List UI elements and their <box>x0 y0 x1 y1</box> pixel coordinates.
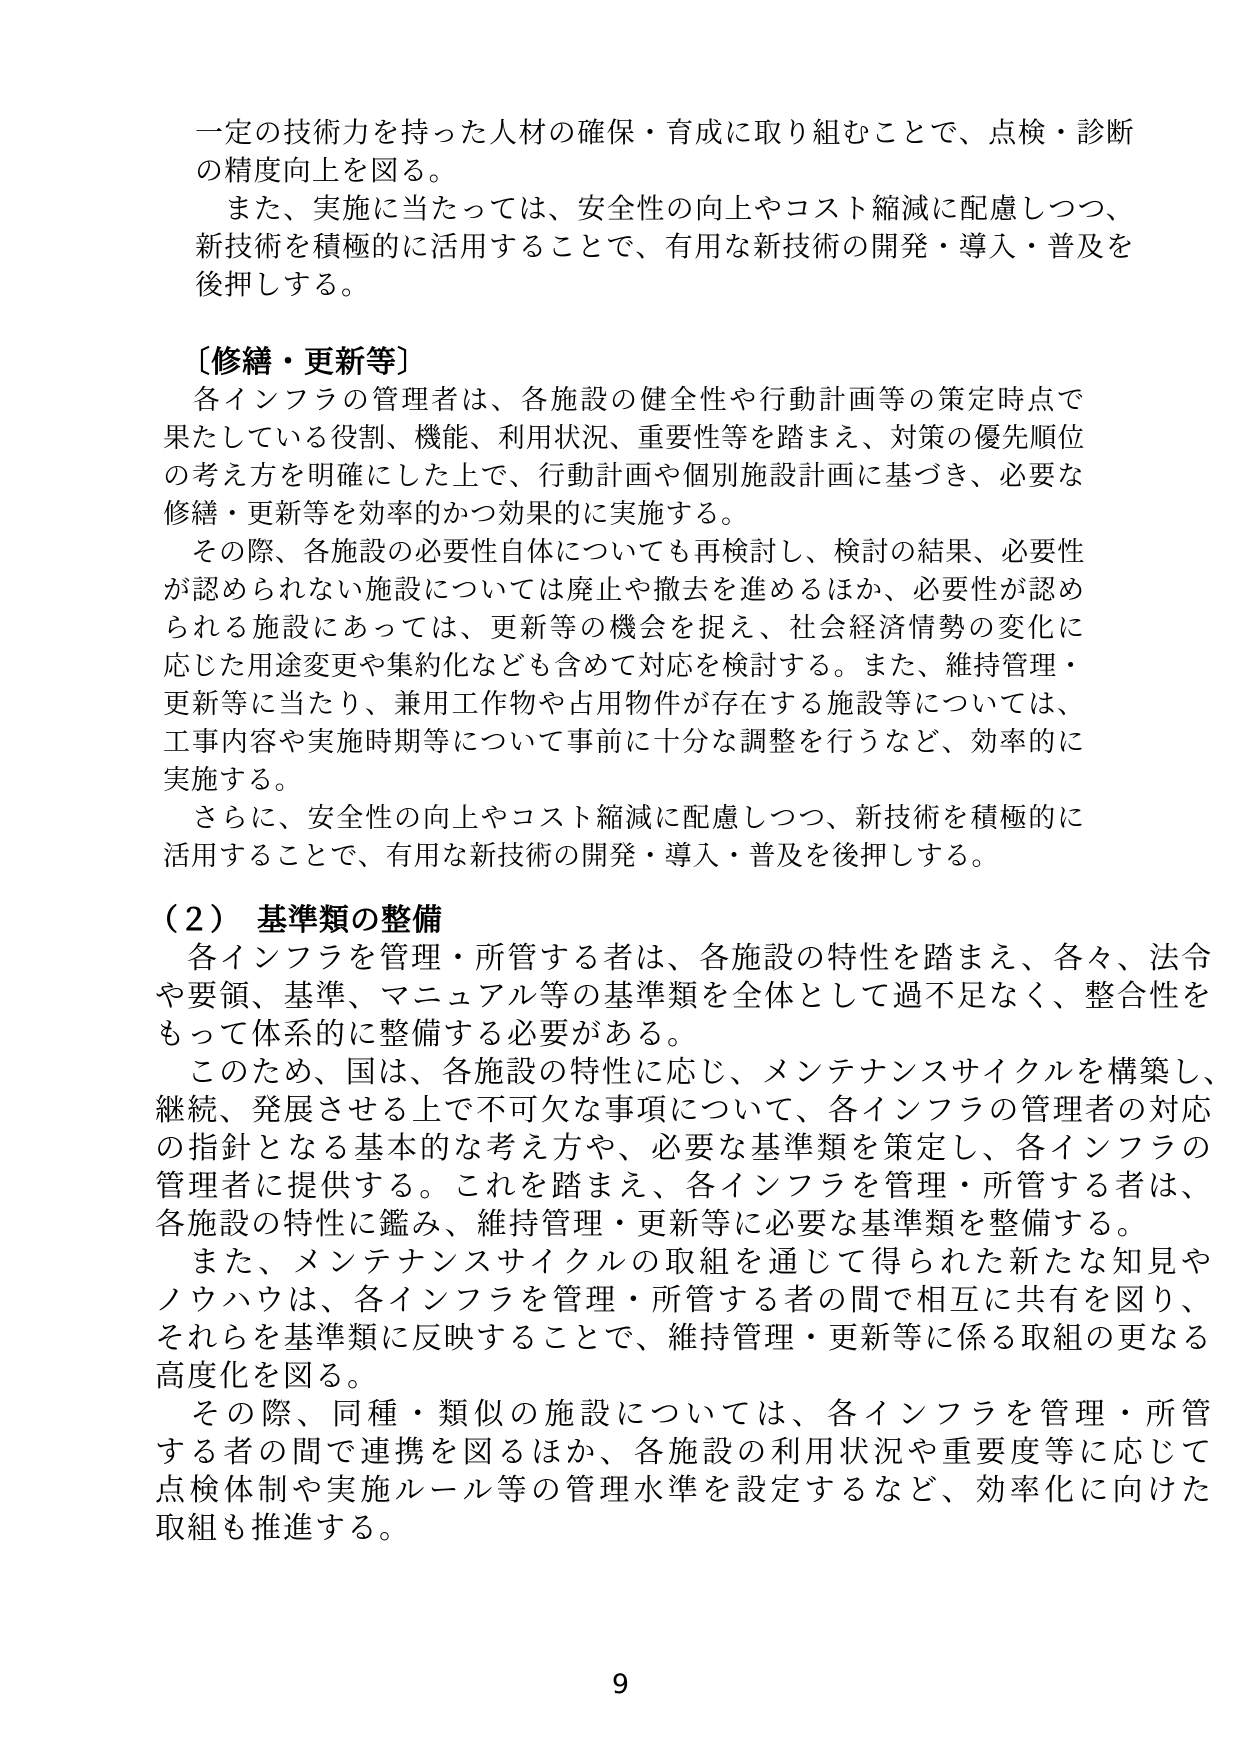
text-line: その際、同種・類似の施設については、各インフラを管理・所管 <box>155 1396 1213 1434</box>
text-line: の指針となる基本的な考え方や、必要な基準類を策定し、各インフラの <box>155 1130 1213 1168</box>
text-line: もって体系的に整備する必要がある。 <box>155 1016 1213 1054</box>
text-line: 後押しする。 <box>195 266 1135 304</box>
text-line: 各インフラを管理・所管する者は、各施設の特性を踏まえ、各々、法令 <box>155 940 1213 978</box>
text-line: 修繕・更新等を効率的かつ効果的に実施する。 <box>163 496 1085 534</box>
text-line: さらに、安全性の向上やコスト縮減に配慮しつつ、新技術を積極的に <box>163 800 1085 838</box>
text-line: 更新等に当たり、兼用工作物や占用物件が存在する施設等については、 <box>163 686 1085 724</box>
text-line: 果たしている役割、機能、利用状況、重要性等を踏まえ、対策の優先順位 <box>163 420 1085 458</box>
repair-paragraph-block: 各インフラの管理者は、各施設の健全性や行動計画等の策定時点で果たしている役割、機… <box>163 382 1085 876</box>
text-line: ノウハウは、各インフラを管理・所管する者の間で相互に共有を図り、 <box>155 1282 1213 1320</box>
text-line: する者の間で連携を図るほか、各施設の利用状況や重要度等に応じて <box>155 1434 1213 1472</box>
text-line: 実施する。 <box>163 762 1085 800</box>
text-line: 各インフラの管理者は、各施設の健全性や行動計画等の策定時点で <box>163 382 1085 420</box>
text-line: その際、各施設の必要性自体についても再検討し、検討の結果、必要性 <box>163 534 1085 572</box>
text-line: このため、国は、各施設の特性に応じ、メンテナンスサイクルを構築し、 <box>155 1054 1213 1092</box>
text-line: 各施設の特性に鑑み、維持管理・更新等に必要な基準類を整備する。 <box>155 1206 1213 1244</box>
section-heading-repair: 〔修繕・更新等〕 <box>180 344 1241 382</box>
document-page: 一定の技術力を持った人材の確保・育成に取り組むことで、点検・診断の精度向上を図る… <box>0 0 1241 1755</box>
text-line: また、メンテナンスサイクルの取組を通じて得られた新たな知見や <box>155 1244 1213 1282</box>
text-line: 工事内容や実施時期等について事前に十分な調整を行うなど、効率的に <box>163 724 1085 762</box>
standards-paragraph-block: 各インフラを管理・所管する者は、各施設の特性を踏まえ、各々、法令や要領、基準、マ… <box>155 940 1213 1548</box>
text-line: 応じた用途変更や集約化なども含めて対応を検討する。また、維持管理・ <box>163 648 1085 686</box>
text-line: それらを基準類に反映することで、維持管理・更新等に係る取組の更なる <box>155 1320 1213 1358</box>
text-line: の精度向上を図る。 <box>195 152 1135 190</box>
text-line: 取組も推進する。 <box>155 1510 1213 1548</box>
text-line: 高度化を図る。 <box>155 1358 1213 1396</box>
text-line: 新技術を積極的に活用することで、有用な新技術の開発・導入・普及を <box>195 228 1135 266</box>
intro-paragraph-block: 一定の技術力を持った人材の確保・育成に取り組むことで、点検・診断の精度向上を図る… <box>195 114 1135 304</box>
text-line: 点検体制や実施ルール等の管理水準を設定するなど、効率化に向けた <box>155 1472 1213 1510</box>
text-line: 一定の技術力を持った人材の確保・育成に取り組むことで、点検・診断 <box>195 114 1135 152</box>
text-line: や要領、基準、マニュアル等の基準類を全体として過不足なく、整合性を <box>155 978 1213 1016</box>
text-line: また、実施に当たっては、安全性の向上やコスト縮減に配慮しつつ、 <box>195 190 1135 228</box>
text-line: 活用することで、有用な新技術の開発・導入・普及を後押しする。 <box>163 838 1085 876</box>
section-heading-standards: （２） 基準類の整備 <box>148 902 1241 940</box>
text-line: 継続、発展させる上で不可欠な事項について、各インフラの管理者の対応 <box>155 1092 1213 1130</box>
page-number: 9 <box>0 1666 1241 1704</box>
text-line: が認められない施設については廃止や撤去を進めるほか、必要性が認め <box>163 572 1085 610</box>
text-line: の考え方を明確にした上で、行動計画や個別施設計画に基づき、必要な <box>163 458 1085 496</box>
text-line: られる施設にあっては、更新等の機会を捉え、社会経済情勢の変化に <box>163 610 1085 648</box>
text-line: 管理者に提供する。これを踏まえ、各インフラを管理・所管する者は、 <box>155 1168 1213 1206</box>
